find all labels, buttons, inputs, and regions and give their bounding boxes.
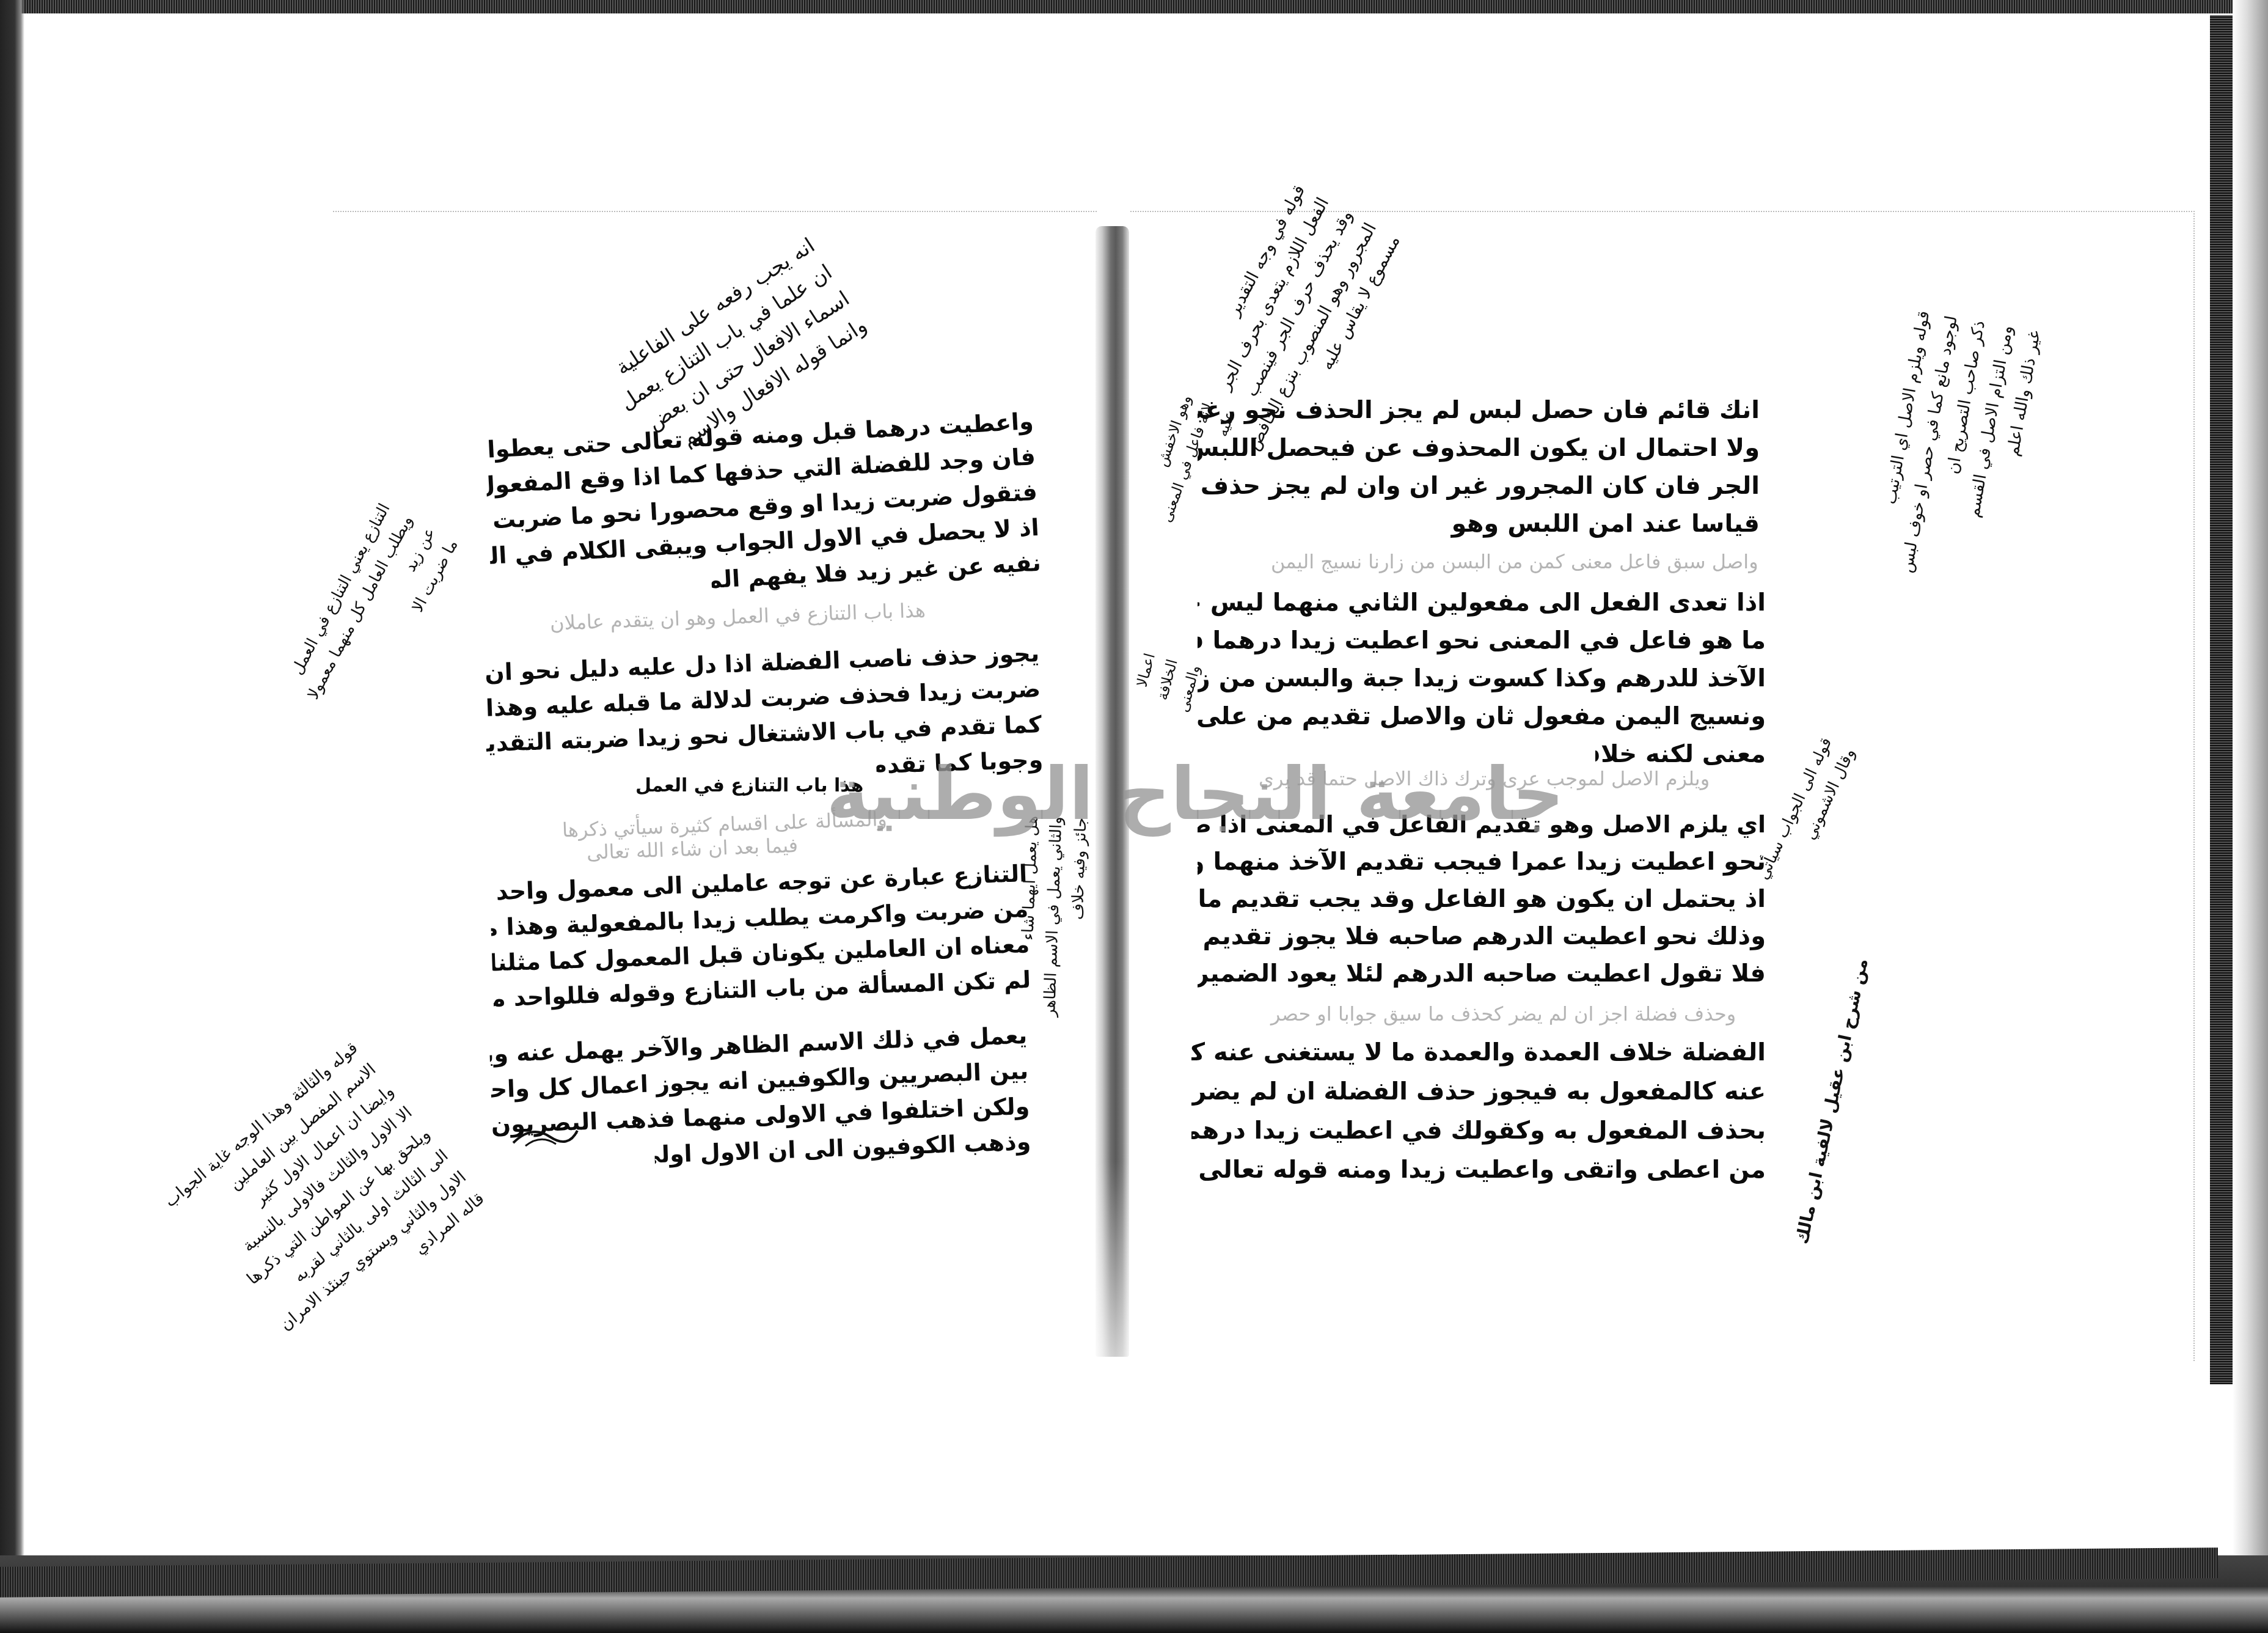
text-line: ولا احتمال ان يكون المحذوف عن فيحصل اللب… — [1198, 429, 1760, 467]
text-line: وجوبا كما تقدم — [876, 742, 1044, 783]
left-main-text-block-3: التنازع عبارة عن توجه عاملين الى معمول و… — [489, 856, 1032, 1016]
text-line: قياسا عند امن اللبس وهو الصحيح — [1450, 505, 1760, 543]
text-line: اذ يحتمل ان يكون هو الفاعل وقد يجب تقديم… — [1198, 881, 1766, 918]
faint-line: ويلزم الاصل لموجب عرى وترك ذاك الاصل حتم… — [1259, 767, 1710, 790]
text-line: الفضلة خلاف العمدة والعمدة ما لا يستغنى … — [1191, 1033, 1766, 1072]
left-gutter-notes: هل يعمل ايهما شاء والثاني يعمل في الاسم … — [1013, 815, 1093, 1018]
scan-border-right-bar — [2210, 15, 2233, 1384]
right-main-text-block-4: الفضلة خلاف العمدة والعمدة ما لا يستغنى … — [1191, 1033, 1766, 1189]
text-line: ونسيج اليمن مفعول ثان والاصل تقديم من عل… — [1198, 697, 1766, 735]
faint-heading: واصل سبق فاعل معنى كمن من البسن من زارنا… — [1271, 550, 1758, 573]
left-main-text-block-2: يجوز حذف ناصب الفضلة اذا دل عليه دليل نح… — [483, 636, 1044, 797]
faint-line: وحذف فضلة اجز ان لم يضر كحذف ما سيق جواب… — [1271, 1002, 1736, 1026]
right-block-3-lead: اي يلزم الاصل وهو تقديم الفاعل في المعنى… — [1198, 807, 1766, 842]
text-line: من اعطى واتقى واعطيت زيدا ومنه قوله تعال… — [1191, 1150, 1766, 1189]
scan-border-top — [0, 0, 2268, 13]
text-line: بحذف المفعول به وكقولك في اعطيت زيدا دره… — [1191, 1111, 1766, 1150]
scan-border-right-fade — [2233, 0, 2268, 1633]
text-line: ما هو فاعل في المعنى نحو اعطيت زيدا درهم… — [1198, 622, 1766, 659]
text-line: فلا تقول اعطيت صاحبه الدرهم لئلا يعود ال… — [1198, 955, 1766, 993]
text-line: نحو اعطيت زيدا عمرا فيجب تقديم الآخذ منه… — [1198, 843, 1766, 881]
flourish-ornament-icon — [507, 1112, 580, 1155]
book-spine-fade — [1096, 1161, 1129, 1357]
manuscript-scan: انه يجب رفعه على الفاعلية ان علما في باب… — [0, 0, 2268, 1633]
left-main-text-block-1: واعطيت درهما قبل ومنه قوله تعالى حتى يعط… — [483, 403, 1042, 609]
text-line: اي يلزم الاصل وهو تقديم الفاعل في المعنى… — [1198, 807, 1766, 842]
right-main-text-block-1: انك قائم فان حصل لبس لم يجز الحذف نحو رغ… — [1198, 391, 1760, 543]
scan-border-left — [0, 0, 24, 1633]
text-line: الجر فان كان المجرور غير ان وان لم يجز ح… — [1198, 467, 1760, 505]
text-line: اذا تعدى الفعل الى مفعولين الثاني منهما … — [1198, 584, 1766, 622]
text-line: انك قائم فان حصل لبس لم يجز الحذف نحو رغ… — [1198, 391, 1760, 429]
text-line: وذلك نحو اعطيت الدرهم صاحبه فلا يجوز تقد… — [1198, 918, 1766, 955]
left-sub-heading: هذا باب التنازع في العمل — [635, 775, 863, 796]
text-line: عنه كالمفعول به فيجوز حذف الفضلة ان لم ي… — [1191, 1072, 1766, 1111]
right-main-text-block-2: اذا تعدى الفعل الى مفعولين الثاني منهما … — [1198, 584, 1766, 773]
right-main-text-block-3: نحو اعطيت زيدا عمرا فيجب تقديم الآخذ منه… — [1198, 843, 1766, 993]
text-line: الآخذ للدرهم وكذا كسوت زيدا جبة والبسن م… — [1198, 659, 1766, 697]
